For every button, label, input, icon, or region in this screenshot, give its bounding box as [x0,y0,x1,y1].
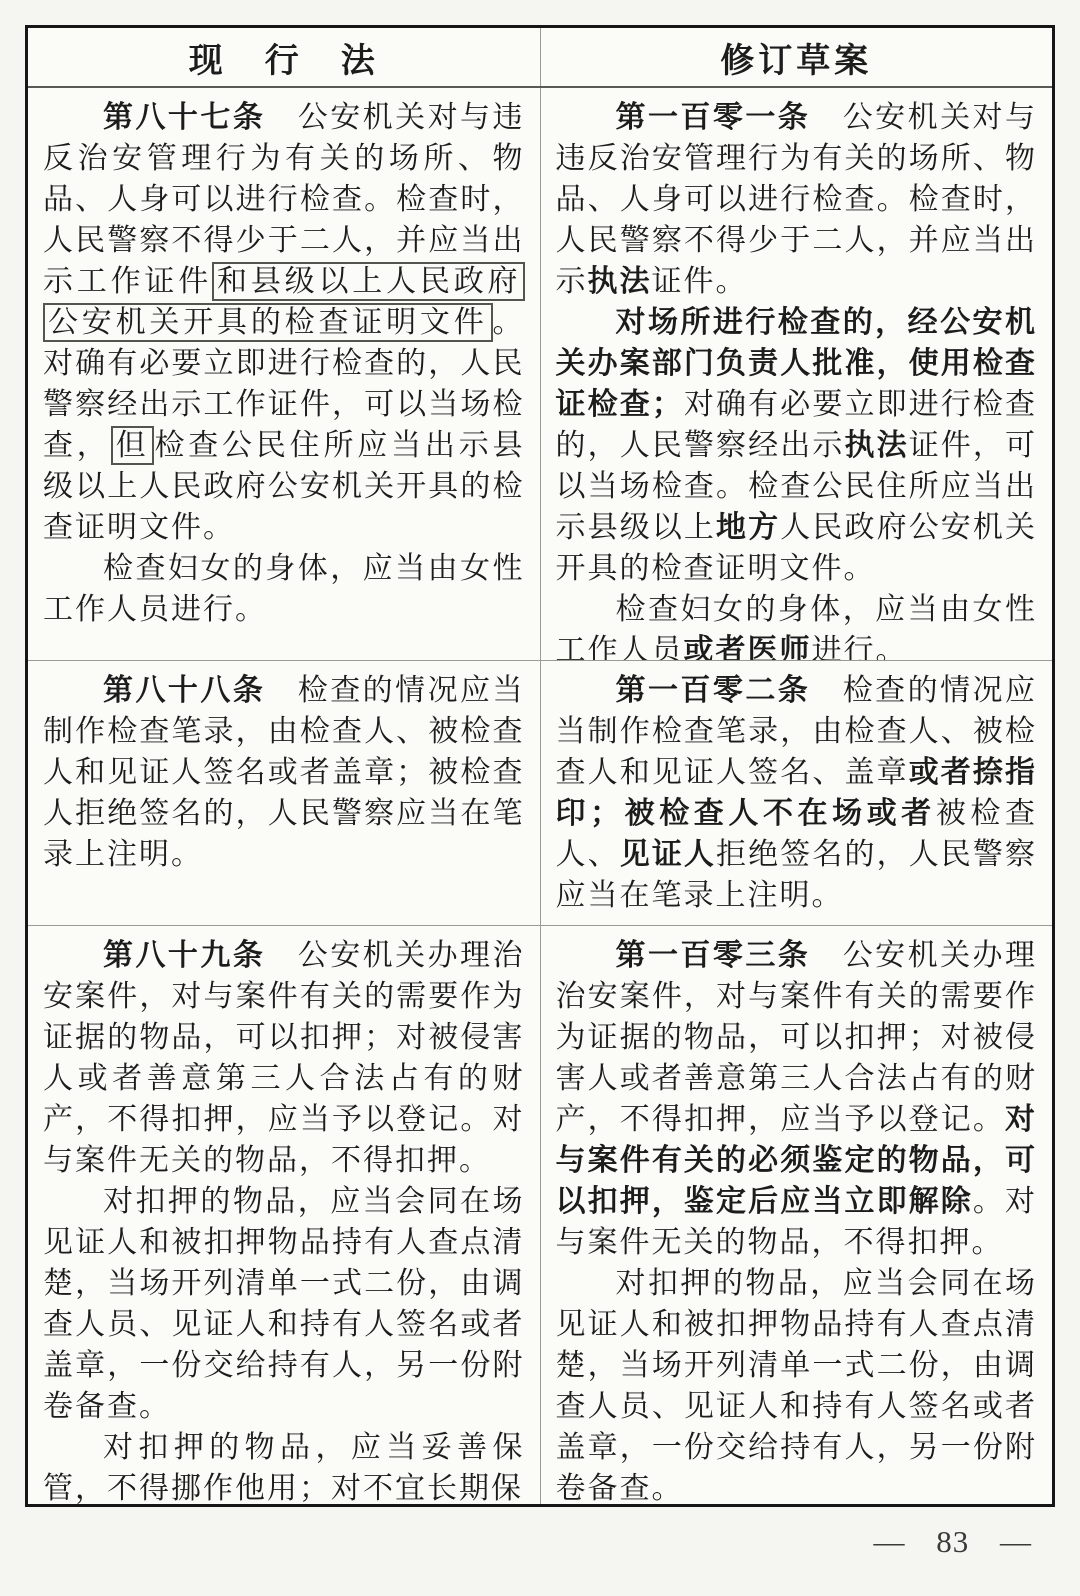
header-current-law: 现 行 法 [27,27,541,88]
emphasis-segment: 第八十九条 [103,939,265,972]
article-paragraph: 第八十九条 公安机关办理治安案件，对与案件有关的需要作为证据的物品，可以扣押；对… [43,935,525,1181]
article-cell-left: 第八十七条 公安机关对与违反治安管理行为有关的场所、物品、人身可以进行检查。检查… [27,87,541,661]
text-segment: 检查妇女的身体，应当由女性工作人员进行。 [43,552,525,626]
deleted-text-box: 但 [111,426,155,465]
article-paragraph: 对扣押的物品，应当会同在场见证人和被扣押物品持有人查点清楚，当场开列清单一式二份… [556,1263,1038,1504]
comparison-table: 现 行 法 修订草案 第八十七条 公安机关对与违反治安管理行为有关的场所、物品、… [25,25,1055,1507]
emphasis-segment: 或者医师 [684,634,812,660]
emphasis-segment: 地方 [716,511,780,544]
table-row: 第八十八条 检查的情况应当制作检查笔录，由检查人、被检查人和见证人签名或者盖章；… [27,661,1054,926]
article-paragraph: 第八十七条 公安机关对与违反治安管理行为有关的场所、物品、人身可以进行检查。检查… [43,97,525,548]
text-segment: 进行。 [812,634,908,660]
emphasis-segment: 第一百零二条 [616,674,811,707]
table-row: 第八十七条 公安机关对与违反治安管理行为有关的场所、物品、人身可以进行检查。检查… [27,87,1054,661]
emphasis-segment: 见证人 [620,838,716,871]
article-paragraph: 对扣押的物品，应当会同在场见证人和被扣押物品持有人查点清楚，当场开列清单一式二份… [43,1181,525,1427]
emphasis-segment: 第八十七条 [103,101,265,134]
emphasis-segment: 第一百零一条 [616,101,811,134]
text-segment: 对扣押的物品，应当会同在场见证人和被扣押物品持有人查点清楚，当场开列清单一式二份… [556,1267,1038,1504]
article-paragraph: 第一百零三条 公安机关办理治安案件，对与案件有关的需要作为证据的物品，可以扣押；… [556,935,1038,1263]
table-header-row: 现 行 法 修订草案 [27,27,1054,88]
emphasis-segment: 第八十八条 [103,674,265,707]
emphasis-segment: 第一百零三条 [616,939,811,972]
emphasis-segment: 执法 [588,265,652,298]
text-segment: 证件。 [652,265,748,298]
article-paragraph: 第一百零二条 检查的情况应当制作检查笔录，由检查人、被检查人和见证人签名、盖章或… [556,670,1038,916]
article-paragraph: 对扣押的物品，应当妥善保管，不得挪作他用；对不宜长期保 [43,1427,525,1504]
document-page: 现 行 法 修订草案 第八十七条 公安机关对与违反治安管理行为有关的场所、物品、… [0,0,1080,1596]
article-paragraph: 第一百零一条 公安机关对与违反治安管理行为有关的场所、物品、人身可以进行检查。检… [556,97,1038,302]
text-segment: 对扣押的物品，应当妥善保管，不得挪作他用；对不宜长期保 [43,1431,525,1504]
article-paragraph: 检查妇女的身体，应当由女性工作人员或者医师进行。 [556,589,1038,660]
article-cell-right: 第一百零三条 公安机关办理治安案件，对与案件有关的需要作为证据的物品，可以扣押；… [540,926,1054,1506]
article-paragraph: 检查妇女的身体，应当由女性工作人员进行。 [43,548,525,630]
article-cell-right: 第一百零一条 公安机关对与违反治安管理行为有关的场所、物品、人身可以进行检查。检… [540,87,1054,661]
text-segment: 对扣押的物品，应当会同在场见证人和被扣押物品持有人查点清楚，当场开列清单一式二份… [43,1185,525,1423]
article-cell-right: 第一百零二条 检查的情况应当制作检查笔录，由检查人、被检查人和见证人签名、盖章或… [540,661,1054,926]
page-footer: — 83 — [874,1524,1033,1560]
page-number: — 83 — [874,1524,1033,1559]
article-cell-left: 第八十九条 公安机关办理治安案件，对与案件有关的需要作为证据的物品，可以扣押；对… [27,926,541,1506]
header-revised-draft: 修订草案 [540,27,1054,88]
emphasis-segment: 执法 [844,429,908,462]
text-segment: 公安机关办理治安案件，对与案件有关的需要作为证据的物品，可以扣押；对被侵害人或者… [43,939,525,1177]
table-row: 第八十九条 公安机关办理治安案件，对与案件有关的需要作为证据的物品，可以扣押；对… [27,926,1054,1506]
article-cell-left: 第八十八条 检查的情况应当制作检查笔录，由检查人、被检查人和见证人签名或者盖章；… [27,661,541,926]
table-body: 第八十七条 公安机关对与违反治安管理行为有关的场所、物品、人身可以进行检查。检查… [27,87,1054,1506]
article-paragraph: 对场所进行检查的，经公安机关办案部门负责人批准，使用检查证检查；对确有必要立即进… [556,302,1038,589]
article-paragraph: 第八十八条 检查的情况应当制作检查笔录，由检查人、被检查人和见证人签名或者盖章；… [43,670,525,875]
